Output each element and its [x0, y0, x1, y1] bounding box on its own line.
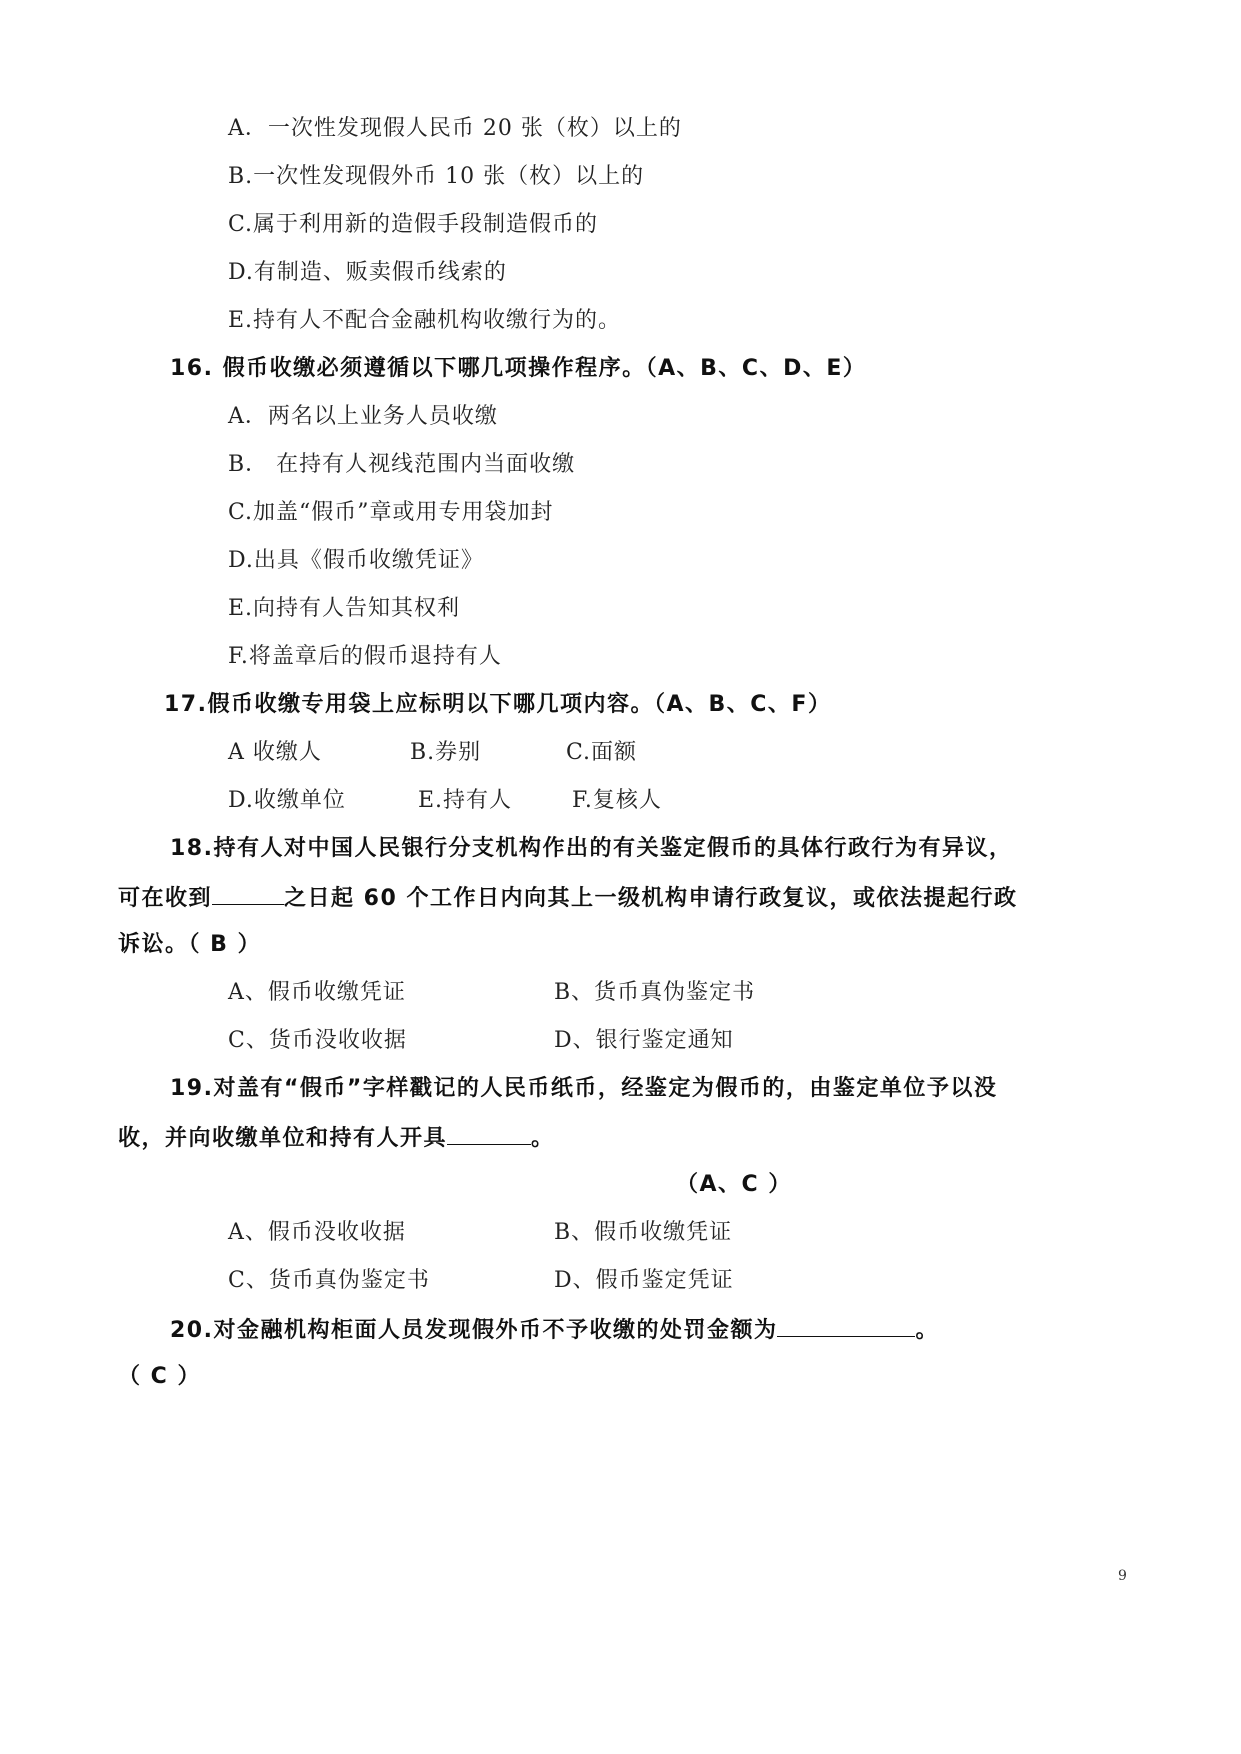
q18-line-2: 可在收到之日起 60 个工作日内向其上一级机构申请行政复议，或依法提起行政 — [118, 882, 1017, 914]
q18-line-3: 诉讼。（ B ） — [118, 930, 261, 960]
q18-option-b: B、货币真伪鉴定书 — [554, 978, 755, 1008]
q16-option-a: A．两名以上业务人员收缴 — [228, 402, 498, 432]
q19-option-d: D、假币鉴定凭证 — [554, 1266, 734, 1296]
q15-option-e: E.持有人不配合金融机构收缴行为的。 — [228, 306, 621, 336]
q17-option-a: A 收缴人 — [228, 738, 322, 768]
q18-line-2-post: 之日起 60 个工作日内向其上一级机构申请行政复议，或依法提起行政 — [284, 886, 1017, 911]
q16-option-f: F.将盖章后的假币退持有人 — [228, 642, 502, 672]
q19-line-2-post: 。 — [531, 1126, 555, 1151]
q17-option-c: C.面额 — [566, 738, 637, 768]
q19-option-c: C、货币真伪鉴定书 — [228, 1266, 430, 1296]
q15-option-c: C.属于利用新的造假手段制造假币的 — [228, 210, 598, 240]
q16-option-d: D.出具《假币收缴凭证》 — [228, 546, 484, 576]
q15-option-d: D.有制造、贩卖假币线索的 — [228, 258, 507, 288]
page-number: 9 — [1118, 1568, 1127, 1584]
q19-answer: （A、C ） — [676, 1170, 792, 1200]
q18-option-d: D、银行鉴定通知 — [554, 1026, 734, 1056]
q16-question: 16. 假币收缴必须遵循以下哪几项操作程序。（A、B、C、D、E） — [170, 354, 866, 384]
q19-option-a: A、假币没收收据 — [228, 1218, 406, 1248]
q20-answer: （ C ） — [118, 1362, 201, 1392]
q17-option-b: B.券别 — [410, 738, 481, 768]
q18-option-c: C、货币没收收据 — [228, 1026, 407, 1056]
q17-question: 17.假币收缴专用袋上应标明以下哪几项内容。（A、B、C、F） — [164, 690, 831, 720]
q18-line-1: 18.持有人对中国人民银行分支机构作出的有关鉴定假币的具体行政行为有异议， — [170, 834, 1012, 864]
q20-line-1-post: 。 — [915, 1318, 939, 1343]
q15-option-a: A．一次性发现假人民币 20 张（枚）以上的 — [228, 114, 682, 144]
q17-option-d: D.收缴单位 — [228, 786, 346, 816]
q18-answer-blank — [212, 882, 284, 905]
q16-option-e: E.向持有人告知其权利 — [228, 594, 460, 624]
q19-answer-blank — [447, 1122, 531, 1145]
q15-option-b: B.一次性发现假外币 10 张（枚）以上的 — [228, 162, 644, 192]
q18-option-a: A、假币收缴凭证 — [228, 978, 406, 1008]
q16-option-b: B． 在持有人视线范围内当面收缴 — [228, 450, 575, 480]
q18-line-2-pre: 可在收到 — [118, 886, 212, 911]
q19-line-2-pre: 收，并向收缴单位和持有人开具 — [118, 1126, 447, 1151]
q19-option-b: B、假币收缴凭证 — [554, 1218, 732, 1248]
q19-line-2: 收，并向收缴单位和持有人开具。 — [118, 1122, 555, 1154]
q17-option-f: F.复核人 — [572, 786, 662, 816]
q20-answer-blank — [777, 1314, 915, 1337]
q17-option-e: E.持有人 — [418, 786, 512, 816]
q20-line-1: 20.对金融机构柜面人员发现假外币不予收缴的处罚金额为。 — [170, 1314, 939, 1346]
q20-line-1-pre: 20.对金融机构柜面人员发现假外币不予收缴的处罚金额为 — [170, 1318, 777, 1343]
q19-line-1: 19.对盖有“假币”字样戳记的人民币纸币，经鉴定为假币的，由鉴定单位予以没 — [170, 1074, 997, 1104]
q16-option-c: C.加盖“假币”章或用专用袋加封 — [228, 498, 554, 528]
